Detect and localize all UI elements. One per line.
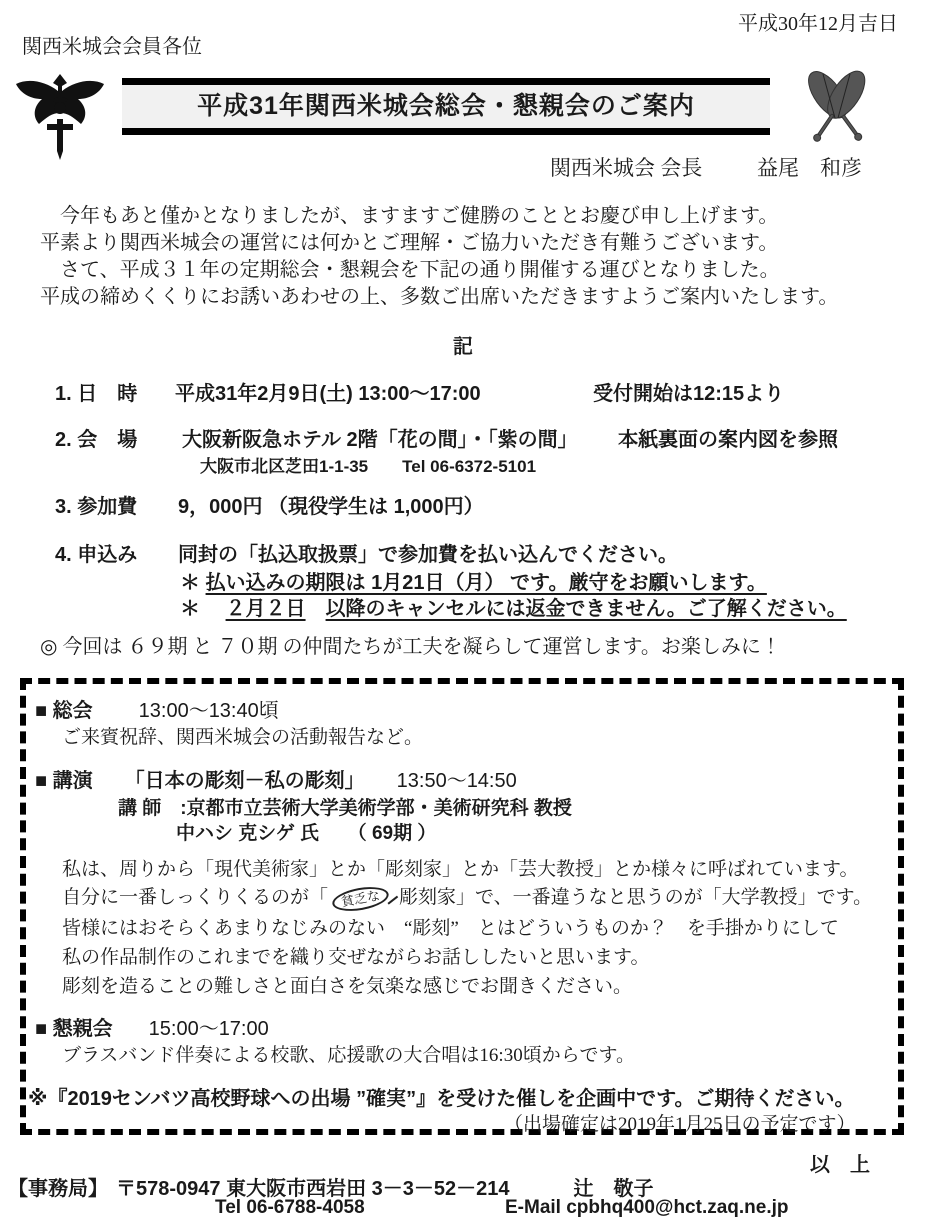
item2-label: 2. 会 場 [55, 423, 137, 452]
kouen-title: 「日本の彫刻－私の彫刻」 [125, 770, 365, 792]
sokai-row: ■ 総会 13:00～13:40頃 [35, 694, 279, 723]
binbou-speech-bubble: 貧乏な [331, 883, 391, 915]
item3-text: 9，000円 （現役学生は 1,000円） [178, 490, 484, 519]
konshin-time: 15:00～17:00 [149, 1018, 269, 1040]
president-label: 関西米城会 会長 [550, 152, 702, 182]
lecture-para-2: 自分に一番しっくりくるのが「貧乏な彫刻家」で、一番違うなと思うのが「大学教授」で… [62, 882, 872, 910]
lecturer-line: 講 師 :京都市立芸術大学美術学部・美術研究科 教授 [118, 793, 572, 820]
invitation-document: 平成30年12月吉日 関西米城会会員各位 平成31年関西米城会総会・懇親会のご案… [0, 0, 926, 1218]
konshin-row: ■ 懇親会 15:00～17:00 [35, 1012, 269, 1041]
intro-line-3: さて、平成３１年の定期総会・懇親会を下記の通り開催する運びとなりました。 [40, 257, 900, 284]
lecture-para-1: 私は、周りから「現代美術家」とか「彫刻家」とか「芸大教授」とか様々に呼ばれていま… [62, 854, 858, 881]
crossed-leaves-icon [790, 60, 882, 154]
item3-label: 3. 参加費 [55, 490, 137, 519]
item1-text: 平成31年2月9日(土) 13:00～17:00 [175, 377, 481, 406]
para2-after: 彫刻家」で、一番違うなと思うのが「大学教授」です。 [399, 887, 872, 908]
cancel-policy-underlined: 以降のキャンセルには返金できません。ご了解ください。 [326, 598, 847, 620]
senbatsu-notice-sub: （出場確定は2019年1月25日の予定です） [504, 1109, 856, 1136]
cancel-date-underlined: ２月２日 [226, 598, 306, 620]
office-tel: Tel 06-6788-4058 [215, 1197, 365, 1218]
deadline-underlined-text: 払い込みの期限は 1月21日（月） です。厳守をお願いします。 [206, 572, 767, 594]
school-crest-icon [14, 72, 106, 182]
senbatsu-notice: ※『2019センバツ高校野球への出場 ”確実”』を受けた催しを企画中です。ご期待… [28, 1082, 855, 1111]
item2-address: 大阪市北区芝田1-1-35 Tel 06-6372-5101 [200, 452, 536, 477]
intro-line-1: 今年もあと僅かとなりましたが、ますますご健勝のこととお慶び申し上げます。 [40, 203, 900, 230]
intro-line-4: 平成の締めくくりにお誘いあわせの上、多数ご出席いただきますようご案内いたします。 [40, 284, 900, 311]
highlight-line: ◎ 今回は ６９期 と ７０期 の仲間たちが工夫を凝らして運営します。お楽しみに… [40, 630, 781, 659]
kouen-label: ■ 講演 [35, 770, 93, 792]
lecture-para-3: 皆様にはおそらくあまりなじみのない “彫刻” とはどういうものか？ を手掛かりに… [62, 913, 839, 940]
spacer-text [306, 598, 326, 620]
item4-note-cancel: ＊ ２月２日 以降のキャンセルには返金できません。ご了解ください。 [180, 592, 847, 621]
asterisk-mark: ＊ [180, 598, 226, 620]
document-date: 平成30年12月吉日 [738, 7, 898, 36]
item4-text: 同封の「払込取扱票」で参加費を払い込んでください。 [178, 538, 678, 567]
sokai-desc: ご来賓祝辞、関西米城会の活動報告など。 [62, 722, 423, 749]
sokai-time: 13:00～13:40頃 [139, 700, 279, 722]
recipient-line: 関西米城会会員各位 [22, 30, 202, 59]
item4-label: 4. 申込み [55, 538, 137, 567]
lecture-para-4: 私の作品制作のこれまでを織り交ぜながらお話ししたいと思います。 [62, 942, 649, 969]
intro-paragraph: 今年もあと僅かとなりましたが、ますますご健勝のこととお慶び申し上げます。 平素よ… [40, 203, 900, 311]
item4-note-deadline: ＊ 払い込みの期限は 1月21日（月） です。厳守をお願いします。 [180, 566, 767, 595]
president-name: 益尾 和彦 [757, 152, 862, 182]
intro-line-2: 平素より関西米城会の運営には何かとご理解・ご協力いただき有難うございます。 [40, 230, 900, 257]
kouen-time: 13:50～14:50 [397, 770, 517, 792]
office-label: 【事務局】 [8, 1178, 108, 1200]
item1-label: 1. 日 時 [55, 377, 137, 406]
lecture-para-5: 彫刻を造ることの難しさと面白さを気楽な感じでお聞きください。 [62, 971, 632, 998]
page-title: 平成31年関西米城会総会・懇親会のご案内 [122, 78, 770, 135]
item1-note: 受付開始は12:15より [593, 377, 784, 406]
ijou-closing: 以 上 [810, 1148, 870, 1177]
office-email: E-Mail cpbhq400@hct.zaq.ne.jp [505, 1197, 789, 1218]
konshin-desc: ブラスバンド伴奏による校歌、応援歌の大合唱は16:30頃からです。 [62, 1040, 635, 1067]
para2-before: 自分に一番しっくりくるのが「 [62, 887, 328, 908]
konshin-label: ■ 懇親会 [35, 1018, 113, 1040]
program-box: ■ 総会 13:00～13:40頃 ご来賓祝辞、関西米城会の活動報告など。 ■ … [20, 678, 904, 1135]
item2-text: 大阪新阪急ホテル 2階「花の間」・「紫の間」 [182, 423, 578, 452]
kouen-row: ■ 講演 「日本の彫刻－私の彫刻」 13:50～14:50 [35, 764, 517, 793]
lecturer-name: 中ハシ 克シゲ 氏 （ 69期 ） [176, 818, 436, 845]
asterisk-mark: ＊ [180, 572, 206, 594]
sokai-label: ■ 総会 [35, 700, 93, 722]
ki-heading: 記 [0, 330, 926, 359]
item2-note: 本紙裏面の案内図を参照 [618, 423, 838, 452]
